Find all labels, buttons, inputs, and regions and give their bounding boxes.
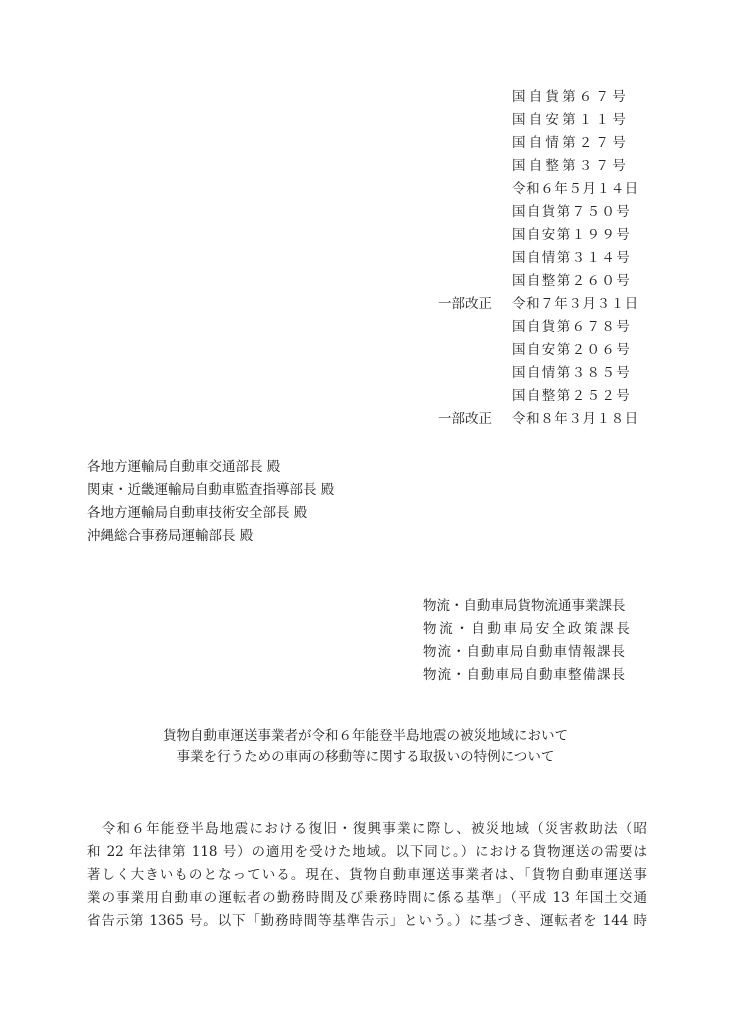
body-line: 省告示第 1365 号。以下「勤務時間等基準告示」という。）に基づき、運転者を … xyxy=(87,910,647,933)
addressee: 沖縄総合事務局運輸部長 殿 xyxy=(87,525,334,548)
body-line: 和 22 年法律第 118 号）の適用を受けた地域。以下同じ。）における貨物運送… xyxy=(87,841,647,864)
document-page: 国自貨第６７号 国自安第１１号 国自情第２７号 国自整第３７号 令和６年５月１４… xyxy=(0,0,731,1024)
sender: 物流・自動車局自動車整備課長 xyxy=(423,664,632,687)
reference-line: 国自貨第６７号 xyxy=(430,86,670,109)
body-paragraph: 令和６年能登半島地震における復旧・復興事業に際し、被災地域（災害救助法（昭 和 … xyxy=(87,818,647,933)
issue-date: 令和６年５月１４日 xyxy=(512,178,639,201)
reference-line: 国自安第１１号 xyxy=(430,109,670,132)
reference-value: 国自整第２５２号 xyxy=(512,385,631,408)
amendment-date-line: 一部改正令和８年３月１８日 xyxy=(430,408,670,431)
sender: 物流・自動車局貨物流通事業課長 xyxy=(423,595,632,618)
amendment-label: 一部改正 xyxy=(438,408,492,431)
document-title: 貨物自動車運送事業者が令和６年能登半島地震の被災地域において 事業を行うための車… xyxy=(0,726,731,768)
addressee: 各地方運輸局自動車技術安全部長 殿 xyxy=(87,502,334,525)
amendment-date: 令和８年３月１８日 xyxy=(512,408,639,431)
reference-value: 国自情第２７号 xyxy=(512,132,629,155)
reference-value: 国自情第３８５号 xyxy=(512,362,631,385)
addressee-list: 各地方運輸局自動車交通部長 殿 関東・近畿運輸局自動車監査指導部長 殿 各地方運… xyxy=(87,456,334,548)
amendment-date-line: 一部改正令和７年３月３１日 xyxy=(430,293,670,316)
reference-value: 国自情第３１４号 xyxy=(512,247,631,270)
reference-value: 国自整第２６０号 xyxy=(512,270,631,293)
addressee: 各地方運輸局自動車交通部長 殿 xyxy=(87,456,334,479)
reference-value: 国自安第１９９号 xyxy=(512,224,631,247)
reference-value: 国自貨第６７８号 xyxy=(512,316,631,339)
body-line: 業の事業用自動車の運転者の勤務時間及び乗務時間に係る基準」（平成 13 年国土交… xyxy=(87,887,647,910)
sender: 物流・自動車局安全政策課長 xyxy=(423,618,632,641)
reference-value: 国自安第２０６号 xyxy=(512,339,631,362)
reference-value: 国自安第１１号 xyxy=(512,109,629,132)
reference-line: 国自貨第７５０号 xyxy=(430,201,670,224)
amendment-label: 一部改正 xyxy=(438,293,492,316)
reference-line: 国自情第３８５号 xyxy=(430,362,670,385)
reference-value: 国自整第３７号 xyxy=(512,155,629,178)
reference-line: 国自情第２７号 xyxy=(430,132,670,155)
sender-list: 物流・自動車局貨物流通事業課長 物流・自動車局安全政策課長 物流・自動車局自動車… xyxy=(423,595,632,687)
reference-line: 国自整第２５２号 xyxy=(430,385,670,408)
reference-line: 国自整第２６０号 xyxy=(430,270,670,293)
addressee: 関東・近畿運輸局自動車監査指導部長 殿 xyxy=(87,479,334,502)
reference-value: 国自貨第７５０号 xyxy=(512,201,631,224)
amendment-date: 令和７年３月３１日 xyxy=(512,293,639,316)
reference-value: 国自貨第６７号 xyxy=(512,86,629,109)
body-line: 令和６年能登半島地震における復旧・復興事業に際し、被災地域（災害救助法（昭 xyxy=(87,818,647,841)
body-line: 著しく大きいものとなっている。現在、貨物自動車運送事業者は、「貨物自動車運送事 xyxy=(87,864,647,887)
reference-date-line: 令和６年５月１４日 xyxy=(430,178,670,201)
reference-line: 国自貨第６７８号 xyxy=(430,316,670,339)
title-line-1: 貨物自動車運送事業者が令和６年能登半島地震の被災地域において xyxy=(0,726,731,747)
reference-numbers-block: 国自貨第６７号 国自安第１１号 国自情第２７号 国自整第３７号 令和６年５月１４… xyxy=(430,86,670,431)
title-line-2: 事業を行うための車両の移動等に関する取扱いの特例について xyxy=(0,747,731,768)
sender: 物流・自動車局自動車情報課長 xyxy=(423,641,632,664)
reference-line: 国自安第２０６号 xyxy=(430,339,670,362)
reference-line: 国自整第３７号 xyxy=(430,155,670,178)
reference-line: 国自安第１９９号 xyxy=(430,224,670,247)
reference-line: 国自情第３１４号 xyxy=(430,247,670,270)
